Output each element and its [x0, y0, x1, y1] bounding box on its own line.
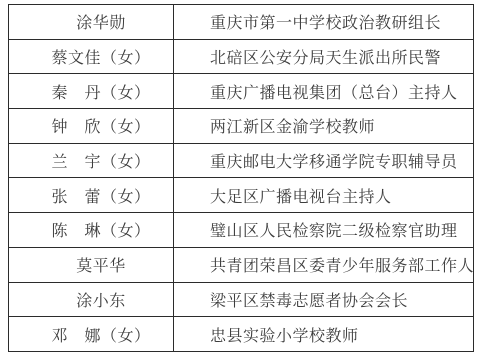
person-title: 北碚区公安分局天生派出所民警 — [174, 39, 474, 74]
table-row: 邓 娜（女） 忠县实验小学校教师 — [9, 317, 474, 352]
person-name: 涂小东 — [9, 282, 174, 317]
person-name: 兰 宇（女） — [9, 143, 174, 178]
person-name: 涂华勋 — [9, 5, 174, 40]
person-name: 蔡文佳（女） — [9, 39, 174, 74]
person-name: 邓 娜（女） — [9, 317, 174, 352]
person-name: 张 蕾（女） — [9, 178, 174, 213]
table-row: 陈 琳（女） 璧山区人民检察院二级检察官助理 — [9, 213, 474, 248]
person-name: 钟 欣（女） — [9, 109, 174, 144]
table-row: 兰 宇（女） 重庆邮电大学移通学院专职辅导员 — [9, 143, 474, 178]
table-row: 秦 丹（女） 重庆广播电视集团（总台）主持人 — [9, 74, 474, 109]
person-title: 重庆广播电视集团（总台）主持人 — [174, 74, 474, 109]
person-title: 璧山区人民检察院二级检察官助理 — [174, 213, 474, 248]
table-row: 涂小东 梁平区禁毒志愿者协会会长 — [9, 282, 474, 317]
person-title: 忠县实验小学校教师 — [174, 317, 474, 352]
person-name: 秦 丹（女） — [9, 74, 174, 109]
table-row: 钟 欣（女） 两江新区金渝学校教师 — [9, 109, 474, 144]
person-title: 大足区广播电视台主持人 — [174, 178, 474, 213]
table-row: 张 蕾（女） 大足区广播电视台主持人 — [9, 178, 474, 213]
roster-table-body: 涂华勋 重庆市第一中学校政治教研组长 蔡文佳（女） 北碚区公安分局天生派出所民警… — [9, 5, 474, 352]
person-title: 梁平区禁毒志愿者协会会长 — [174, 282, 474, 317]
person-name: 陈 琳（女） — [9, 213, 174, 248]
table-row: 莫平华 共青团荣昌区委青少年服务部工作人员 — [9, 247, 474, 282]
person-name: 莫平华 — [9, 247, 174, 282]
table-row: 蔡文佳（女） 北碚区公安分局天生派出所民警 — [9, 39, 474, 74]
table-row: 涂华勋 重庆市第一中学校政治教研组长 — [9, 5, 474, 40]
person-title: 重庆邮电大学移通学院专职辅导员 — [174, 143, 474, 178]
person-title: 重庆市第一中学校政治教研组长 — [174, 5, 474, 40]
person-title: 两江新区金渝学校教师 — [174, 109, 474, 144]
person-title: 共青团荣昌区委青少年服务部工作人员 — [174, 247, 474, 282]
recognition-roster-table: 涂华勋 重庆市第一中学校政治教研组长 蔡文佳（女） 北碚区公安分局天生派出所民警… — [8, 4, 474, 352]
document-page: 涂华勋 重庆市第一中学校政治教研组长 蔡文佳（女） 北碚区公安分局天生派出所民警… — [0, 0, 486, 364]
